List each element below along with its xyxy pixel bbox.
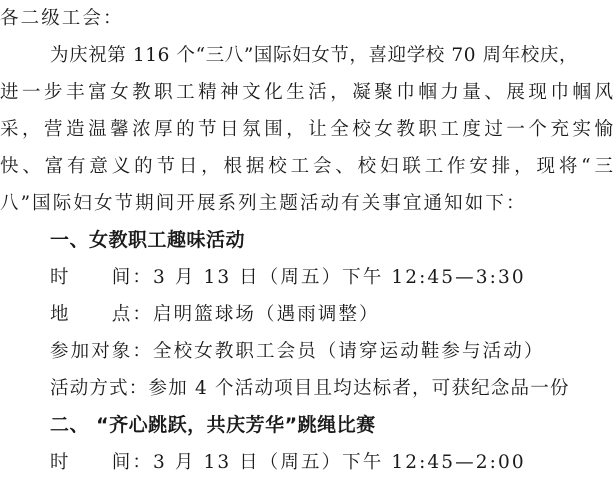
section-1-heading: 一、女教职工趣味活动 <box>50 222 245 259</box>
intro-line-5: 八”国际妇女节期间开展系列主题活动有关事宜通知如下： <box>0 185 527 222</box>
intro-line-4: 快、富有意义的节日，根据校工会、校妇联工作安排，现将“三 <box>0 148 613 185</box>
item-value: 3 月 13 日（周五）下午 12:45—3:30 <box>153 267 526 288</box>
intro-line-2: 进一步丰富女教职工精神文化生活，凝聚巾帼力量、展现巾帼风 <box>0 74 613 111</box>
item-label: 时 间： <box>50 267 153 288</box>
section-1-item-location: 地 点：启明篮球场（遇雨调整） <box>50 296 380 333</box>
section-2-item-time: 时 间：3 月 13 日（周五）下午 12:45—2:00 <box>50 444 526 481</box>
item-label: 时 间： <box>50 452 153 473</box>
intro-line-1: 为庆祝第 116 个“三八”国际妇女节，喜迎学校 70 周年校庆， <box>50 37 578 74</box>
item-label: 参加对象： <box>50 341 153 362</box>
item-value: 全校女教职工会员（请穿运动鞋参与活动） <box>153 341 544 362</box>
item-value: 启明篮球场（遇雨调整） <box>153 304 380 325</box>
intro-line-3: 采，营造温馨浓厚的节日氛围，让全校女教职工度过一个充实愉 <box>0 111 613 148</box>
item-label: 活动方式： <box>50 378 149 399</box>
item-label: 地 点： <box>50 304 153 325</box>
salutation: 各二级工会： <box>0 0 124 37</box>
section-1-item-participants: 参加对象：全校女教职工会员（请穿运动鞋参与活动） <box>50 333 544 370</box>
section-1-item-method: 活动方式：参加 4 个活动项目且均达标者，可获纪念品一份 <box>50 370 570 407</box>
item-value: 3 月 13 日（周五）下午 12:45—2:00 <box>153 452 526 473</box>
section-1-item-time: 时 间：3 月 13 日（周五）下午 12:45—3:30 <box>50 259 526 296</box>
item-value: 参加 4 个活动项目且均达标者，可获纪念品一份 <box>149 378 570 399</box>
section-2-heading: 二、 “齐心跳跃，共庆芳华”跳绳比赛 <box>50 407 376 444</box>
